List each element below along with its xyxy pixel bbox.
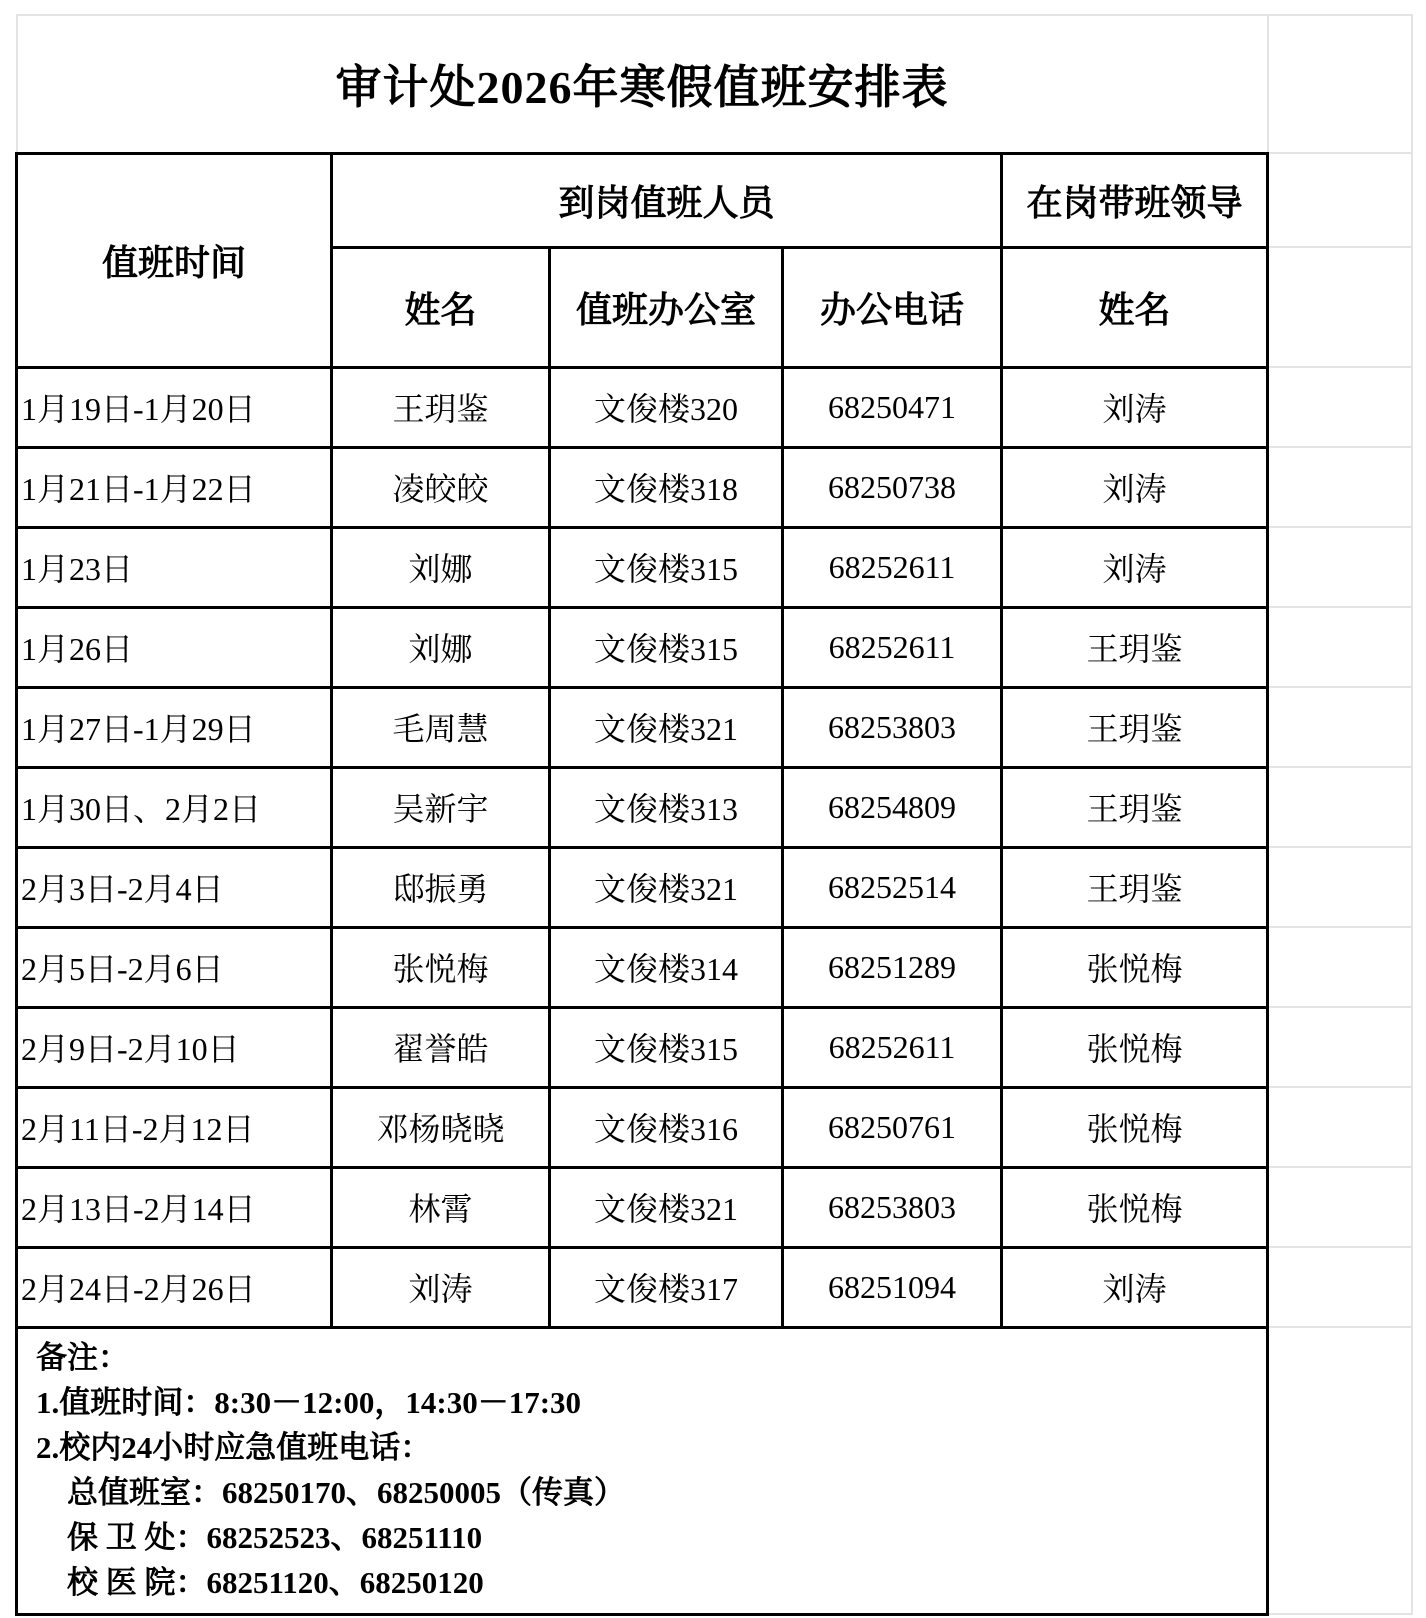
person-name-cell: 林霄 — [332, 1167, 550, 1247]
office-phone-cell: 68253803 — [783, 687, 1002, 767]
person-name-cell: 凌皎皎 — [332, 447, 550, 527]
leader-name-cell: 张悦梅 — [1002, 1007, 1268, 1087]
note-security-office: 保 卫 处：68252523、68251110 — [36, 1515, 1258, 1560]
header-office-phone: 办公电话 — [783, 247, 1002, 367]
empty-gray-cell — [1268, 607, 1412, 687]
duty-office-cell: 文俊楼317 — [550, 1247, 783, 1327]
duty-date-cell: 1月19日-1月20日 — [17, 367, 332, 447]
empty-gray-cell — [1268, 1247, 1412, 1327]
header-duty-time: 值班时间 — [17, 153, 332, 367]
note-emergency-phones: 2.校内24小时应急值班电话： — [36, 1425, 1258, 1470]
office-phone-cell: 68250761 — [783, 1087, 1002, 1167]
office-phone-cell: 68251094 — [783, 1247, 1002, 1327]
duty-office-cell: 文俊楼318 — [550, 447, 783, 527]
leader-name-cell: 王玥鉴 — [1002, 687, 1268, 767]
header-on-duty-personnel: 到岗值班人员 — [332, 153, 1002, 247]
office-phone-cell: 68250471 — [783, 367, 1002, 447]
office-phone-cell: 68252611 — [783, 1007, 1002, 1087]
duty-office-cell: 文俊楼321 — [550, 1167, 783, 1247]
person-name-cell: 毛周慧 — [332, 687, 550, 767]
empty-gray-cell — [1268, 1327, 1412, 1614]
empty-gray-cell — [1268, 927, 1412, 1007]
duty-date-cell: 1月23日 — [17, 527, 332, 607]
duty-office-cell: 文俊楼315 — [550, 607, 783, 687]
empty-gray-cell — [1268, 153, 1412, 247]
empty-gray-cell — [1268, 1007, 1412, 1087]
person-name-cell: 刘娜 — [332, 607, 550, 687]
leader-name-cell: 王玥鉴 — [1002, 607, 1268, 687]
note-main-duty-room: 总值班室：68250170、68250005（传真） — [36, 1470, 1258, 1515]
duty-office-cell: 文俊楼315 — [550, 1007, 783, 1087]
leader-name-cell: 张悦梅 — [1002, 1087, 1268, 1167]
empty-gray-cell — [1268, 447, 1412, 527]
notes-row: 备注： 1.值班时间：8:30－12:00，14:30－17:30 2.校内24… — [17, 1327, 1412, 1614]
table-row: 1月26日 刘娜 文俊楼315 68252611 王玥鉴 — [17, 607, 1412, 687]
duty-office-cell: 文俊楼321 — [550, 687, 783, 767]
duty-date-cell: 1月26日 — [17, 607, 332, 687]
office-phone-cell: 68251289 — [783, 927, 1002, 1007]
duty-date-cell: 2月11日-2月12日 — [17, 1087, 332, 1167]
table-row: 1月23日 刘娜 文俊楼315 68252611 刘涛 — [17, 527, 1412, 607]
office-phone-cell: 68250738 — [783, 447, 1002, 527]
person-name-cell: 王玥鉴 — [332, 367, 550, 447]
duty-date-cell: 2月13日-2月14日 — [17, 1167, 332, 1247]
header-row-groups: 值班时间 到岗值班人员 在岗带班领导 — [17, 153, 1412, 247]
duty-date-cell: 2月9日-2月10日 — [17, 1007, 332, 1087]
header-leader-name: 姓名 — [1002, 247, 1268, 367]
empty-gray-cell — [1268, 527, 1412, 607]
office-phone-cell: 68252611 — [783, 607, 1002, 687]
duty-office-cell: 文俊楼315 — [550, 527, 783, 607]
duty-office-cell: 文俊楼316 — [550, 1087, 783, 1167]
duty-date-cell: 2月5日-2月6日 — [17, 927, 332, 1007]
table-row: 2月11日-2月12日 邓杨晓晓 文俊楼316 68250761 张悦梅 — [17, 1087, 1412, 1167]
header-name: 姓名 — [332, 247, 550, 367]
office-phone-cell: 68252611 — [783, 527, 1002, 607]
person-name-cell: 邸振勇 — [332, 847, 550, 927]
leader-name-cell: 王玥鉴 — [1002, 847, 1268, 927]
person-name-cell: 翟誉皓 — [332, 1007, 550, 1087]
header-leader-on-duty: 在岗带班领导 — [1002, 153, 1268, 247]
person-name-cell: 刘娜 — [332, 527, 550, 607]
duty-office-cell: 文俊楼313 — [550, 767, 783, 847]
table-row: 2月9日-2月10日 翟誉皓 文俊楼315 68252611 张悦梅 — [17, 1007, 1412, 1087]
duty-office-cell: 文俊楼320 — [550, 367, 783, 447]
empty-gray-cell — [1268, 1087, 1412, 1167]
leader-name-cell: 刘涛 — [1002, 447, 1268, 527]
duty-date-cell: 2月3日-2月4日 — [17, 847, 332, 927]
person-name-cell: 吴新宇 — [332, 767, 550, 847]
empty-gray-cell — [1268, 367, 1412, 447]
duty-date-cell: 1月27日-1月29日 — [17, 687, 332, 767]
person-name-cell: 刘涛 — [332, 1247, 550, 1327]
note-school-hospital: 校 医 院：68251120、68250120 — [36, 1560, 1258, 1605]
table-row: 1月21日-1月22日 凌皎皎 文俊楼318 68250738 刘涛 — [17, 447, 1412, 527]
table-row: 1月27日-1月29日 毛周慧 文俊楼321 68253803 王玥鉴 — [17, 687, 1412, 767]
duty-office-cell: 文俊楼314 — [550, 927, 783, 1007]
leader-name-cell: 王玥鉴 — [1002, 767, 1268, 847]
duty-schedule-table: 审计处2026年寒假值班安排表 值班时间 到岗值班人员 在岗带班领导 姓名 值班… — [15, 14, 1413, 1616]
empty-gray-cell — [1268, 15, 1412, 153]
notes-block: 备注： 1.值班时间：8:30－12:00，14:30－17:30 2.校内24… — [17, 1327, 1268, 1614]
notes-label: 备注： — [36, 1335, 1258, 1380]
title-row: 审计处2026年寒假值班安排表 — [17, 15, 1412, 153]
office-phone-cell: 68254809 — [783, 767, 1002, 847]
leader-name-cell: 刘涛 — [1002, 367, 1268, 447]
duty-date-cell: 2月24日-2月26日 — [17, 1247, 332, 1327]
duty-office-cell: 文俊楼321 — [550, 847, 783, 927]
duty-table-body: 审计处2026年寒假值班安排表 值班时间 到岗值班人员 在岗带班领导 姓名 值班… — [17, 15, 1412, 1614]
duty-date-cell: 1月21日-1月22日 — [17, 447, 332, 527]
table-row: 2月24日-2月26日 刘涛 文俊楼317 68251094 刘涛 — [17, 1247, 1412, 1327]
leader-name-cell: 刘涛 — [1002, 527, 1268, 607]
table-row: 2月5日-2月6日 张悦梅 文俊楼314 68251289 张悦梅 — [17, 927, 1412, 1007]
empty-gray-cell — [1268, 247, 1412, 367]
person-name-cell: 邓杨晓晓 — [332, 1087, 550, 1167]
leader-name-cell: 刘涛 — [1002, 1247, 1268, 1327]
table-row: 1月19日-1月20日 王玥鉴 文俊楼320 68250471 刘涛 — [17, 367, 1412, 447]
table-row: 1月30日、2月2日 吴新宇 文俊楼313 68254809 王玥鉴 — [17, 767, 1412, 847]
office-phone-cell: 68253803 — [783, 1167, 1002, 1247]
page-title: 审计处2026年寒假值班安排表 — [17, 15, 1268, 153]
table-row: 2月13日-2月14日 林霄 文俊楼321 68253803 张悦梅 — [17, 1167, 1412, 1247]
table-row: 2月3日-2月4日 邸振勇 文俊楼321 68252514 王玥鉴 — [17, 847, 1412, 927]
note-duty-hours: 1.值班时间：8:30－12:00，14:30－17:30 — [36, 1380, 1258, 1425]
empty-gray-cell — [1268, 847, 1412, 927]
leader-name-cell: 张悦梅 — [1002, 927, 1268, 1007]
person-name-cell: 张悦梅 — [332, 927, 550, 1007]
leader-name-cell: 张悦梅 — [1002, 1167, 1268, 1247]
office-phone-cell: 68252514 — [783, 847, 1002, 927]
empty-gray-cell — [1268, 767, 1412, 847]
duty-date-cell: 1月30日、2月2日 — [17, 767, 332, 847]
empty-gray-cell — [1268, 687, 1412, 767]
header-duty-office: 值班办公室 — [550, 247, 783, 367]
empty-gray-cell — [1268, 1167, 1412, 1247]
